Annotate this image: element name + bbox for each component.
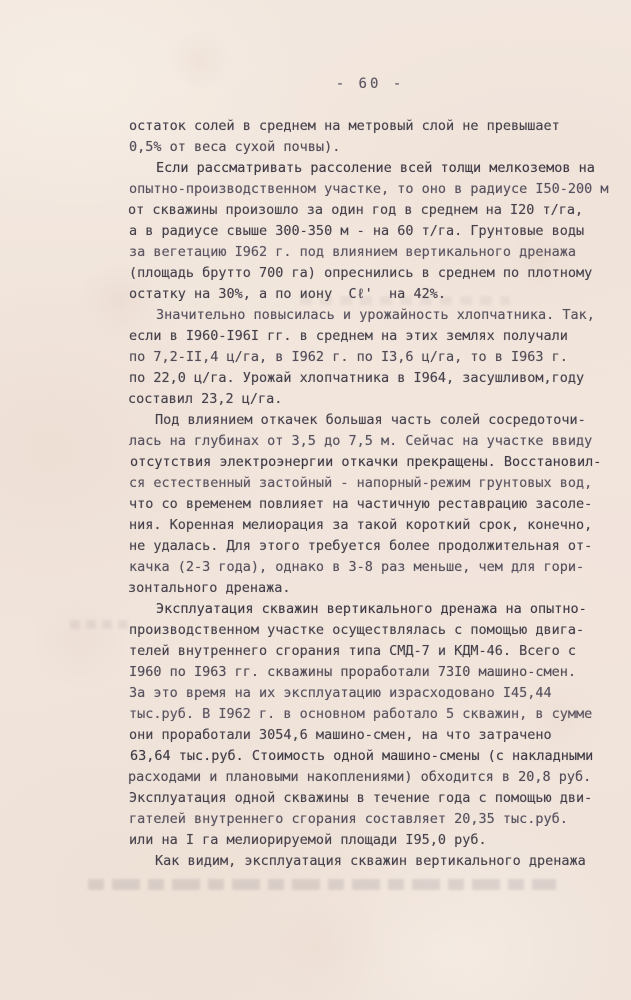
bleedthrough-text (88, 879, 556, 890)
text-line: зонтального дренажа. (128, 578, 628, 599)
text-line: составил 23,2 ц/га. (128, 389, 628, 410)
text-line: если в I960-I96I гг. в среднем на этих з… (129, 326, 629, 347)
page-number: - 60 - (129, 76, 611, 92)
text-line: Под влиянием откачек большая часть солей… (129, 410, 629, 431)
text-line: I960 по I963 гг. скважины проработали 73… (129, 662, 629, 683)
text-line: качка (2-3 года), однако в 3-8 раз меньш… (129, 557, 629, 578)
scanned-page: - 60 - остаток солей в среднем на метров… (0, 0, 631, 1000)
bleedthrough-smudge (70, 620, 130, 629)
text-line: лась на глубинах от 3,5 до 7,5 м. Сейчас… (129, 431, 629, 452)
text-line: отсутствия электроэнергии откачки прекра… (130, 452, 630, 473)
text-line: за вегетацию I962 г. под влиянием вертик… (129, 242, 629, 263)
text-line: Если рассматривать рассоление всей толщи… (130, 158, 630, 179)
text-line: что со временем повлияет на частичную ре… (129, 494, 629, 515)
text-line: 0,5% от веса сухой почвы). (129, 137, 629, 158)
text-line: расходами и плановыми накоплениями) обхо… (128, 767, 628, 788)
text-line: телей внутреннего сгорания типа СМД-7 и … (129, 641, 629, 662)
text-line: а в радиусе свыше 300-350 м - на 60 т/га… (129, 221, 629, 242)
text-line: Значительно повысилась и урожайность хло… (130, 305, 630, 326)
text-line: За это время на их эксплуатацию израсход… (129, 683, 629, 704)
text-line: 63,64 тыс.руб. Стоимость одной машино-см… (130, 746, 630, 767)
text-line: по 22,0 ц/га. Урожай хлопчатника в I964,… (129, 368, 629, 389)
text-line: тыс.руб. В I962 г. в основном работало 5… (129, 704, 629, 725)
text-line: Как видим, эксплуатация скважин вертикал… (129, 851, 629, 872)
text-line: Эксплуатация одной скважины в течение го… (129, 788, 629, 809)
text-line: или на I га мелиорируемой площади I95,0 … (129, 830, 629, 851)
text-line: опытно-производственном участке, то оно … (129, 179, 629, 200)
text-line: по 7,2-II,4 ц/га, в I962 г. по I3,6 ц/га… (129, 347, 629, 368)
text-line: (площадь брутто 700 га) опреснились в ср… (129, 263, 629, 284)
text-line: гателей внутреннего сгорания составляет … (129, 809, 629, 830)
text-line: не удалась. Для этого требуется более пр… (129, 536, 629, 557)
text-line: остаток солей в среднем на метровый слой… (129, 116, 629, 137)
text-line: они проработали 3054,6 машино-смен, на ч… (129, 725, 629, 746)
text-line: остатку на 30%, а по иону Cℓ' на 42%. (129, 284, 629, 305)
text-line: ния. Коренная мелиорация за такой коротк… (129, 515, 629, 536)
text-line: производственном участке осуществлялась … (129, 620, 629, 641)
page-body-text: остаток солей в среднем на метровый слой… (129, 116, 629, 872)
text-line: Эксплуатация скважин вертикального дрена… (130, 599, 630, 620)
text-line: от скважины произошло за один год в сред… (128, 200, 628, 221)
text-line: ся естественный застойный - напорный-реж… (129, 473, 629, 494)
